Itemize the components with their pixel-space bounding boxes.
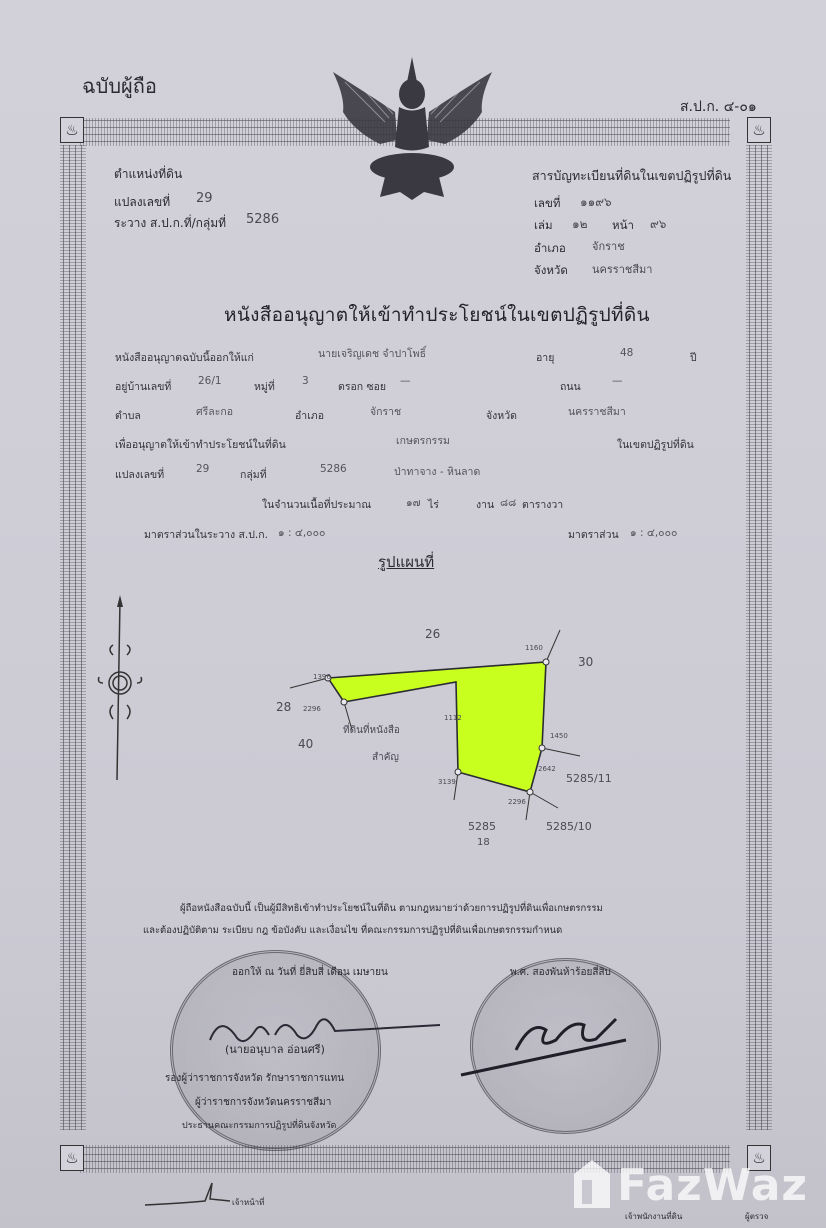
area-wa-unit: ตารางวา (522, 496, 563, 513)
plot-value: 29 (196, 463, 209, 475)
district-label: อำเภอ (295, 407, 324, 424)
sheet-group-value: 5286 (246, 212, 279, 227)
area-rai-unit: ไร่ (428, 496, 439, 513)
book-label: เล่ม (534, 217, 553, 235)
clause-line-2: และต้องปฏิบัติตาม ระเบียบ กฎ ข้อบังคับ แ… (143, 923, 562, 938)
group-value: 5286 (320, 463, 347, 475)
scale-sheet-value: ๑ : ๔,๐๐๐ (278, 524, 325, 541)
province-value: นครราชสีมา (568, 403, 626, 420)
scale-label: มาตราส่วน (568, 526, 619, 543)
footer-right-code: ผู้ตรวจ (745, 1210, 768, 1223)
signer-position-2: ผู้ว่าราชการจังหวัดนครราชสีมา (195, 1095, 331, 1110)
plot-number-label: แปลงเลขที่ (114, 193, 170, 212)
fazwaz-logo-icon (572, 1158, 612, 1210)
subdistrict-label: ตำบล (115, 407, 141, 424)
clause-line-1: ผู้ถือหนังสือฉบับนี้ เป็นผู้มีสิทธิเข้าท… (180, 901, 603, 916)
age-unit: ปี (690, 349, 697, 366)
signer-position-1: รองผู้ว่าราชการจังหวัด รักษาราชการแทน (165, 1071, 344, 1086)
plot-map (280, 620, 620, 840)
issued-to-value: นายเจริญเดช จำปาโพธิ์ (318, 345, 426, 362)
area-rai-value: ๑๗ (406, 494, 421, 511)
marker-num-2: 1160 (525, 644, 543, 652)
soi-value: — (400, 375, 411, 387)
registry-province-value: นครราชสีมา (592, 260, 652, 278)
neighbor-5285-11: 5285/11 (566, 772, 612, 785)
signer-position-3: ประธานคณะกรรมการปฏิรูปที่ดินจังหวัด (182, 1118, 336, 1132)
registry-district-label: อำเภอ (534, 240, 566, 258)
subdistrict-value: ศรีละกอ (196, 403, 233, 420)
neighbor-40: 40 (298, 737, 313, 751)
footer-left-note: เจ้าหน้าที่ (232, 1196, 264, 1209)
age-value: 48 (620, 347, 633, 359)
document-title: หนังสืออนุญาตให้เข้าทำประโยชน์ในเขตปฏิรู… (224, 300, 650, 330)
sheet-group-label: ระวาง ส.ป.ก.ที่/กลุ่มที่ (114, 214, 226, 233)
footer-right-note: เจ้าพนักงานที่ดิน (625, 1210, 682, 1223)
guilloche-border-right (746, 145, 772, 1130)
garuda-emblem-icon (325, 52, 500, 202)
neighbor-5285: 5285 (468, 820, 496, 833)
emblem-corner-bottom-left-icon: ♨ (60, 1145, 84, 1171)
neighbor-30: 30 (578, 655, 593, 669)
registry-district-value: จักราช (592, 237, 625, 255)
registry-number-label: เลขที่ (534, 195, 560, 213)
house-no-value: 26/1 (198, 375, 222, 387)
form-code: ส.ป.ก. ๔-๐๑ (680, 96, 757, 118)
purpose-suffix: ในเขตปฏิรูปที่ดิน (617, 436, 694, 453)
fazwaz-watermark: FazWaz (617, 1160, 808, 1211)
north-arrow-icon (95, 595, 145, 785)
landmark-line2: สำคัญ (372, 750, 399, 765)
guilloche-border-left (60, 145, 86, 1130)
book-value: ๑๒ (572, 215, 588, 234)
district-value: จักราช (370, 403, 401, 420)
issue-date-line: ออกให้ ณ วันที่ ยี่สิบสี่ เดือน เมษายน (232, 965, 388, 980)
road-value: — (612, 375, 623, 387)
issue-year-line: พ.ศ. สองพันห้าร้อยสี่สิบ (510, 965, 611, 980)
landmark-line1: ที่ดินที่หนังสือ (343, 723, 400, 738)
neighbor-5285-10: 5285/10 (546, 820, 592, 833)
location-value: ป่าทาจาง - หินลาด (394, 463, 480, 480)
footer-signature (140, 1175, 240, 1215)
registry-number-value: ๑๑๙๖ (580, 193, 612, 212)
page-label: หน้า (612, 217, 634, 235)
land-location-heading: ตำแหน่งที่ดิน (114, 165, 182, 184)
emblem-corner-top-left-icon: ♨ (60, 117, 84, 143)
road-label: ถนน (560, 378, 581, 395)
moo-label: หมู่ที่ (254, 378, 275, 395)
purpose-label: เพื่ออนุญาตให้เข้าทำประโยชน์ในที่ดิน (115, 436, 286, 453)
neighbor-18: 18 (477, 837, 490, 848)
registry-heading: สารบัญทะเบียนที่ดินในเขตปฏิรูปที่ดิน (532, 166, 731, 186)
plot-number-value: 29 (196, 191, 213, 206)
age-label: อายุ (536, 349, 554, 366)
copy-label: ฉบับผู้ถือ (82, 70, 157, 102)
area-wa-value: ๘๘ (500, 494, 516, 511)
purpose-value: เกษตรกรรม (396, 432, 450, 449)
scale-value: ๑ : ๔,๐๐๐ (630, 524, 677, 541)
house-no-label: อยู่บ้านเลขที่ (115, 378, 171, 395)
plot-label: แปลงเลขที่ (115, 466, 164, 483)
document-page: ♨ ♨ ♨ ♨ ฉบับผู้ถือ ส.ป.ก. ๔-๐๑ ตำแหน่งที… (0, 0, 826, 1228)
neighbor-26: 26 (425, 627, 440, 641)
signer-name: (นายอนุบาล อ่อนศรี) (225, 1040, 325, 1058)
marker-num-6: 2642 (538, 765, 556, 773)
marker-num-1: 1396 (313, 673, 331, 681)
moo-value: 3 (302, 375, 309, 387)
page-value: ๙๖ (650, 215, 666, 234)
marker-num-4: 1112 (444, 714, 462, 722)
group-label: กลุ่มที่ (240, 466, 267, 483)
province-label: จังหวัด (486, 407, 517, 424)
signature-right (456, 1010, 636, 1080)
marker-num-8: 2296 (508, 798, 526, 806)
neighbor-28: 28 (276, 700, 291, 714)
marker-num-3: 2296 (303, 705, 321, 713)
area-prefix: ในจำนวนเนื้อที่ประมาณ (262, 496, 371, 513)
emblem-corner-top-right-icon: ♨ (747, 117, 771, 143)
soi-label: ตรอก ซอย (338, 378, 386, 395)
registry-province-label: จังหวัด (534, 262, 568, 280)
marker-num-7: 3139 (438, 778, 456, 786)
marker-num-5: 1450 (550, 732, 568, 740)
map-heading: รูปแผนที่ (378, 550, 434, 574)
issued-to-label: หนังสืออนุญาตฉบับนี้ออกให้แก่ (115, 349, 254, 366)
area-ngan-unit: งาน (476, 496, 494, 513)
scale-sheet-label: มาตราส่วนในระวาง ส.ป.ก. (144, 526, 268, 543)
